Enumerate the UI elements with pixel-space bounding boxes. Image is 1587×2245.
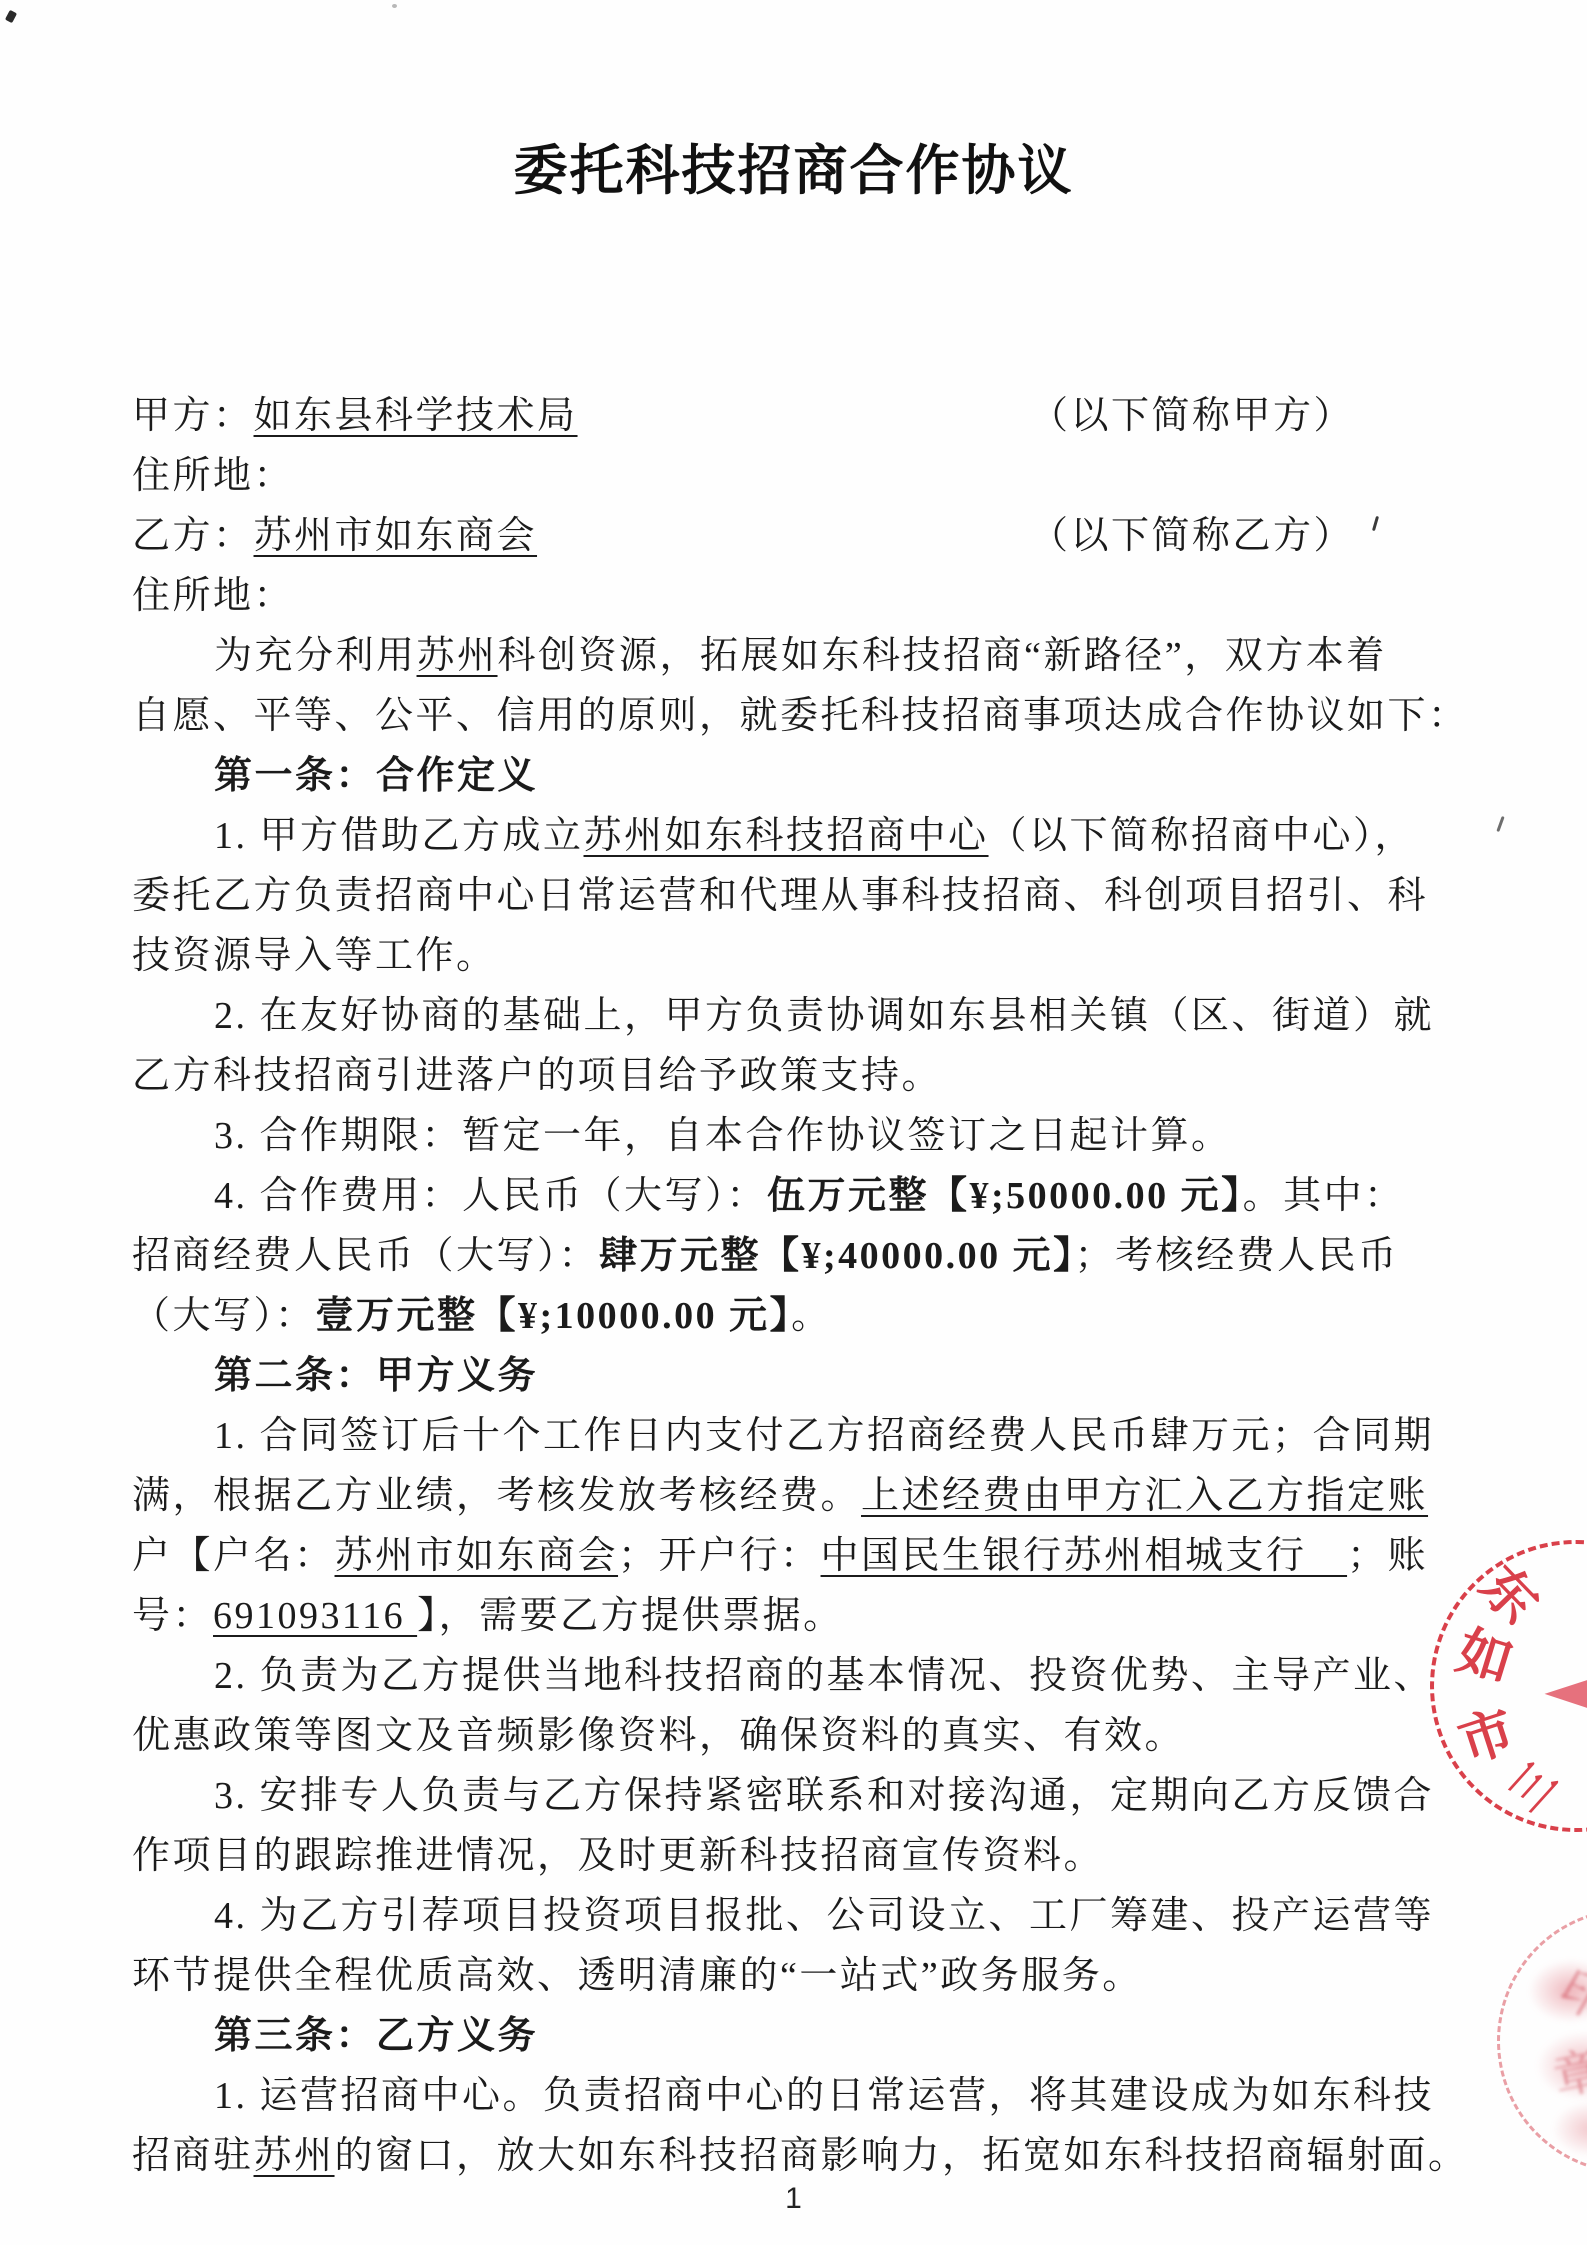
s2-item3-line-1: 3. 安排专人负责与乙方保持紧密联系和对接沟通，定期向乙方反馈合 [132,1766,1482,1826]
text-segment: 3. 安排专人负责与乙方保持紧密联系和对接沟通，定期向乙方反馈合 [214,1775,1434,1817]
text-segment: ；账 [1347,1535,1428,1577]
preamble-line-2: 自愿、平等、公平、信用的原则，就委托科技招商事项达成合作协议如下： [132,686,1482,746]
s2-item1-line-4: 号：691093116 】，需要乙方提供票据。 [132,1586,1482,1646]
seal-character: 如 [1451,1623,1518,1690]
scan-speck [5,10,17,23]
text-segment: 住所地： [132,455,294,497]
text-segment: 。其中： [1243,1175,1405,1217]
text-segment: 1. 甲方借助乙方成立 [214,815,584,857]
text-segment: 技资源导入等工作。 [132,935,497,977]
s1-item2-line-2: 乙方科技招商引进落户的项目给予政策支持。 [132,1046,1482,1106]
seal-character: 三 [1503,1757,1565,1819]
document-lines: 甲方：如东县科学技术局（以下简称甲方）住所地：乙方：苏州市如东商会（以下简称乙方… [132,386,1482,2186]
seal-character: 东 [1471,1557,1547,1633]
section-3-heading: 第三条：乙方义务 [132,2006,1482,2066]
text-segment: 2. 在友好协商的基础上，甲方负责协调如东县相关镇（区、街道）就 [214,995,1434,1037]
section-2-heading: 第二条：甲方义务 [132,1346,1482,1406]
underlined-text: 上述经费由甲方汇入乙方指定账 [861,1475,1428,1517]
s2-item4-line-2: 环节提供全程优质高效、透明清廉的“一站式”政务服务。 [132,1946,1482,2006]
underlined-text: 苏州市如东商会 [254,515,538,557]
text-segment: 自愿、平等、公平、信用的原则，就委托科技招商事项达成合作协议如下： [132,695,1469,737]
s1-item1-line-2: 委托乙方负责招商中心日常运营和代理从事科技招商、科创项目招引、科 [132,866,1482,926]
underlined-text: 中国民生银行苏州相城支行 [821,1535,1348,1577]
text-segment: 住所地： [132,575,294,617]
text-segment: 委托乙方负责招商中心日常运营和代理从事科技招商、科创项目招引、科 [132,875,1428,917]
scanned-contract-page: 委托科技招商合作协议 甲方：如东县科学技术局（以下简称甲方）住所地：乙方：苏州市… [0,0,1587,2245]
scan-stray-mark [1496,816,1504,832]
s1-item4-line-3: （大写）：壹万元整【¥;10000.00 元】。 [132,1286,1482,1346]
scan-tick-mark [1372,516,1379,531]
text-segment: 】，需要乙方提供票据。 [417,1595,844,1637]
underlined-text: 如东县科学技术局 [254,395,578,437]
text-segment: 乙方： [132,515,254,557]
text-segment: 号： [132,1595,213,1637]
s1-item3-line: 3. 合作期限：暂定一年，自本合作协议签订之日起计算。 [132,1106,1482,1166]
s2-item1-line-3: 户【户名：苏州市如东商会；开户行：中国民生银行苏州相城支行 ；账 [132,1526,1482,1586]
text-segment: （大写）： [132,1295,316,1337]
s2-item4-line-1: 4. 为乙方引荐项目投资项目报批、公司设立、工厂筹建、投产运营等 [132,1886,1482,1946]
party-b-address: 住所地： [132,566,1482,626]
party-b-line: 乙方：苏州市如东商会（以下简称乙方） [132,506,1482,566]
text-segment: 。 [791,1295,832,1337]
s3-item1-line-2: 招商驻苏州的窗口，放大如东科技招商影响力，拓宽如东科技招商辐射面。 [132,2126,1482,2186]
s1-item1-line-1: 1. 甲方借助乙方成立苏州如东科技招商中心（以下简称招商中心）， [132,806,1482,866]
text-segment: ；考核经费人民币 [1075,1235,1399,1277]
party-a-address: 住所地： [132,446,1482,506]
alias-note: （以下简称乙方） [1030,506,1354,566]
s1-item2-line-1: 2. 在友好协商的基础上，甲方负责协调如东县相关镇（区、街道）就 [132,986,1482,1046]
seal-character: 市 [1453,1703,1521,1771]
text-segment: 招商驻 [132,2135,254,2177]
s1-item4-line-1: 4. 合作费用：人民币（大写）：伍万元整【¥;50000.00 元】。其中： [132,1166,1482,1226]
alias-note: （以下简称甲方） [1030,386,1354,446]
text-segment: 1. 合同签订后十个工作日内支付乙方招商经费人民币肆万元；合同期 [214,1415,1434,1457]
text-segment: 科创资源，拓展如东科技招商“新路径”，双方本着 [498,635,1387,677]
underlined-text: 苏州 [417,635,498,677]
text-segment: 1. 运营招商中心。负责招商中心的日常运营，将其建设成为如东科技 [214,2075,1434,2117]
s2-item2-line-1: 2. 负责为乙方提供当地科技招商的基本情况、投资优势、主导产业、 [132,1646,1482,1706]
text-segment: 优惠政策等图文及音频影像资料，确保资料的真实、有效。 [132,1715,1185,1757]
text-segment: 户【户名： [132,1535,335,1577]
text-segment: 环节提供全程优质高效、透明清廉的“一站式”政务服务。 [132,1955,1143,1997]
s1-item4-line-2: 招商经费人民币（大写）：肆万元整【¥;40000.00 元】；考核经费人民币 [132,1226,1482,1286]
s3-item1-line-1: 1. 运营招商中心。负责招商中心的日常运营，将其建设成为如东科技 [132,2066,1482,2126]
faded-seal-character: 章 [1550,2047,1587,2104]
text-segment: 满，根据乙方业绩，考核发放考核经费。 [132,1475,861,1517]
text-segment: 甲方： [132,395,254,437]
s2-item1-line-2: 满，根据乙方业绩，考核发放考核经费。上述经费由甲方汇入乙方指定账 [132,1466,1482,1526]
text-segment: 4. 合作费用：人民币（大写）： [214,1175,767,1217]
underlined-text: 691093116 [213,1595,417,1637]
bold-text: 伍万元整【¥;50000.00 元】 [767,1175,1243,1217]
s2-item2-line-2: 优惠政策等图文及音频影像资料，确保资料的真实、有效。 [132,1706,1482,1766]
underlined-text: 苏州市如东商会 [335,1535,619,1577]
text-segment: 乙方科技招商引进落户的项目给予政策支持。 [132,1055,942,1097]
bold-text: 第二条：甲方义务 [214,1355,538,1397]
section-1-heading: 第一条：合作定义 [132,746,1482,806]
faded-seal: 印 章 [1497,1908,1587,2174]
bold-text: 第三条：乙方义务 [214,2015,538,2057]
bold-text: 壹万元整【¥;10000.00 元】 [316,1295,792,1337]
s2-item3-line-2: 作项目的跟踪推进情况，及时更新科技招商宣传资料。 [132,1826,1482,1886]
text-segment: ；开户行： [618,1535,821,1577]
party-a-line: 甲方：如东县科学技术局（以下简称甲方） [132,386,1482,446]
s1-item1-line-3: 技资源导入等工作。 [132,926,1482,986]
text-segment: 3. 合作期限：暂定一年，自本合作协议签订之日起计算。 [214,1115,1232,1157]
text-segment: 为充分利用 [214,635,417,677]
underlined-text: 苏州 [254,2135,335,2177]
text-segment: 的窗口，放大如东科技招商影响力，拓宽如东科技招商辐射面。 [335,2135,1469,2177]
bold-text: 肆万元整【¥;40000.00 元】 [599,1235,1075,1277]
s2-item1-line-1: 1. 合同签订后十个工作日内支付乙方招商经费人民币肆万元；合同期 [132,1406,1482,1466]
preamble-line-1: 为充分利用苏州科创资源，拓展如东科技招商“新路径”，双方本着 [132,626,1482,686]
underlined-text: 苏州如东科技招商中心 [584,815,989,857]
text-segment: 2. 负责为乙方提供当地科技招商的基本情况、投资优势、主导产业、 [214,1655,1434,1697]
text-segment: （以下简称招商中心）， [989,815,1416,857]
seal-ink-smudge [1552,2101,1587,2157]
text-segment: 招商经费人民币（大写）： [132,1235,599,1277]
text-segment: 4. 为乙方引荐项目投资项目报批、公司设立、工厂筹建、投产运营等 [214,1895,1434,1937]
scan-speck [392,4,397,8]
text-segment: 作项目的跟踪推进情况，及时更新科技招商宣传资料。 [132,1835,1104,1877]
document-title: 委托科技招商合作协议 [0,128,1587,205]
page-number: 1 [0,2182,1587,2216]
bold-text: 第一条：合作定义 [214,755,538,797]
